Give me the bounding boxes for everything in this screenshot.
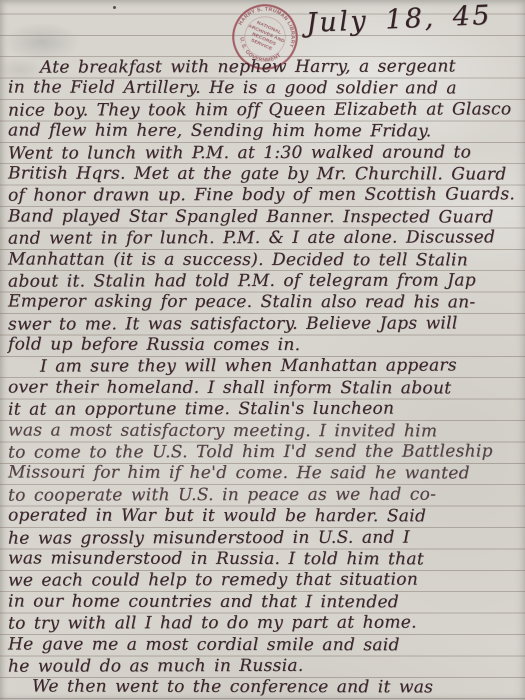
diary-line: was a most satisfactory meeting. I invit…	[0, 420, 525, 442]
diary-line: in our home countries and that I intende…	[0, 591, 525, 613]
date-heading: July 18, 45	[305, 0, 492, 39]
diary-line: Ate breakfast with nephew Harry, a serge…	[0, 56, 525, 79]
diary-line: operated in War but it would be harder. …	[0, 506, 525, 528]
diary-line: Band played Star Spangled Banner. Inspec…	[0, 206, 525, 228]
diary-text: Ate breakfast with nephew Harry, a serge…	[0, 57, 525, 699]
diary-line: to try with all I had to do my part at h…	[0, 612, 525, 635]
diary-line: Emperor asking for peace. Stalin also re…	[0, 292, 525, 314]
ink-fleck	[113, 6, 116, 9]
diary-line: to come to the U.S. Told him I'd send th…	[0, 441, 525, 464]
diary-line: Manhattan (it is a success). Decided to …	[0, 249, 525, 271]
diary-line: to cooperate with U.S. in peace as we ha…	[0, 484, 525, 507]
diary-line: and flew him here, Sending him home Frid…	[0, 121, 525, 143]
diary-line: about it. Stalin had told P.M. of telegr…	[0, 270, 525, 293]
diary-line: swer to me. It was satisfactory. Believe…	[0, 313, 525, 336]
diary-line: he would do as much in Russia.	[0, 655, 525, 678]
diary-line: We then went to the conference and it wa…	[0, 677, 525, 699]
diary-line: was misunderstood in Russia. I told him …	[0, 548, 525, 570]
diary-line: of honor drawn up. Fine body of men Scot…	[0, 185, 525, 208]
diary-line: nice boy. They took him off Queen Elizab…	[0, 99, 525, 122]
diary-line: Went to lunch with P.M. at 1:30 walked a…	[0, 142, 525, 165]
diary-line: it at an opportune time. Stalin's lunche…	[0, 399, 525, 422]
diary-line: and went in for lunch. P.M. & I ate alon…	[0, 227, 525, 250]
diary-line: fold up before Russia comes in.	[0, 335, 525, 357]
diary-line: British Hqrs. Met at the gate by Mr. Chu…	[0, 163, 525, 185]
diary-line: we each could help to remedy that situat…	[0, 570, 525, 593]
diary-page: HARRY S. TRUMAN LIBRARY U. S. GOVERNMENT…	[0, 0, 525, 700]
diary-line: over their homeland. I shall inform Stal…	[0, 377, 525, 399]
diary-line: he was grossly misunderstood in U.S. and…	[0, 527, 525, 550]
diary-line: I am sure they will when Manhattan appea…	[0, 356, 525, 379]
diary-line: Missouri for him if he'd come. He said h…	[0, 463, 525, 485]
diary-line: He gave me a most cordial smile and said	[0, 634, 525, 656]
diary-line: in the Field Artillery. He is a good sol…	[0, 78, 525, 100]
